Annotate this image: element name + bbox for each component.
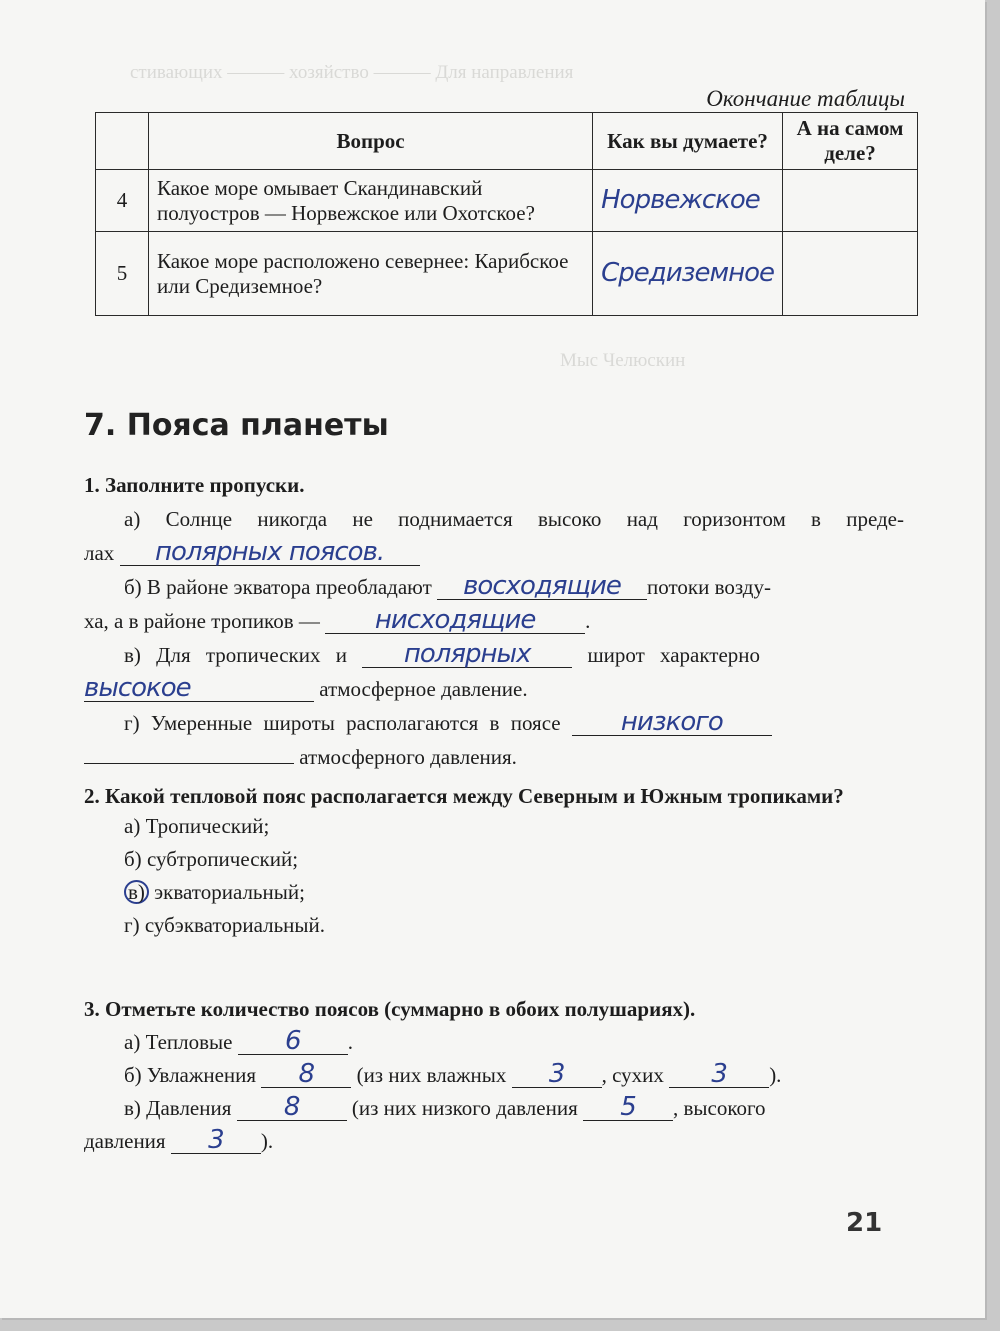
text: а) Солнце никогда не поднимается высоко … (124, 507, 904, 531)
task-1b-line1: б) В районе экватора преобладают восходя… (84, 570, 904, 604)
header-num (96, 113, 149, 170)
handwritten-answer: 5 (620, 1092, 636, 1122)
table-row: 4 Какое море омывает Скандинавский полуо… (96, 170, 918, 232)
text: атмосферного давления. (299, 745, 517, 769)
task-2-options: а) Тропический; б) субтропический; в) эк… (84, 810, 904, 942)
text: в) Давления (124, 1096, 231, 1120)
bleed-through-text: стивающих ——— хозяйство ——— Для направле… (130, 62, 573, 84)
text: . (585, 609, 590, 633)
row-number: 4 (96, 170, 149, 232)
handwritten-answer: полярных поясов. (155, 537, 384, 567)
text: . (348, 1030, 353, 1054)
task-3-title: 3. Отметьте количество поясов (суммарно … (84, 993, 904, 1026)
text: (из них низкого давления (352, 1096, 578, 1120)
answer-blank[interactable]: восходящие (437, 574, 647, 600)
answer-blank[interactable]: 3 (512, 1062, 602, 1088)
row-question: Какое море омывает Скандинавский полуост… (149, 170, 593, 232)
task-2-title: 2. Какой тепловой пояс располагается меж… (84, 782, 904, 810)
text: ). (769, 1063, 781, 1087)
handwritten-answer: 8 (284, 1092, 300, 1122)
handwritten-answer: восходящие (463, 571, 621, 601)
text: , сухих (602, 1063, 664, 1087)
task-1d-line1: г) Умеренные широты располагаются в пояс… (84, 706, 904, 740)
text: , высокого (673, 1096, 766, 1120)
task-1d-line2: атмосферного давления. (84, 740, 904, 774)
bleed-through-text: Мыс Челюскин (560, 350, 685, 372)
task-1b-line2: ха, а в районе тропиков — нисходящие. (84, 604, 904, 638)
task-1-title: 1. Заполните пропуски. (84, 468, 904, 502)
row-actual-input[interactable] (783, 232, 918, 316)
handwritten-answer: полярных (404, 639, 531, 669)
handwritten-answer: Норвежское (601, 185, 760, 215)
option-text: субтропический; (147, 847, 298, 871)
handwritten-answer: 3 (711, 1059, 727, 1089)
answer-blank[interactable]: полярных поясов. (120, 540, 420, 566)
section-title: 7. Пояса планеты (84, 408, 389, 443)
table-row: 5 Какое море расположено севернее: Кариб… (96, 232, 918, 316)
workbook-page: стивающих ——— хозяйство ——— Для направле… (0, 0, 985, 1318)
page-number: 21 (846, 1208, 882, 1238)
handwritten-answer: Средиземное (601, 258, 774, 288)
answer-blank[interactable] (84, 763, 294, 764)
option-text: Тропический; (146, 814, 270, 838)
option-label: а) (124, 814, 140, 838)
row-guess-input[interactable]: Средиземное (593, 232, 783, 316)
answer-blank[interactable]: 3 (669, 1062, 769, 1088)
option-text: субэкваториальный. (145, 913, 325, 937)
row-question: Какое море расположено севернее: Карибск… (149, 232, 593, 316)
text: б) В районе экватора преобладают (124, 575, 432, 599)
option-label: г) (124, 913, 140, 937)
answer-blank[interactable]: 6 (238, 1029, 348, 1055)
text: атмосферное давление. (319, 677, 527, 701)
handwritten-answer: 6 (285, 1026, 301, 1056)
table-header-row: Вопрос Как вы думаете? А на самом деле? (96, 113, 918, 170)
answer-blank[interactable]: низкого (572, 710, 772, 736)
answer-blank[interactable]: 8 (237, 1095, 347, 1121)
task-3a: а) Тепловые 6. (84, 1026, 904, 1059)
text: ). (261, 1129, 273, 1153)
text: лах (84, 541, 114, 565)
handwritten-answer: нисходящие (375, 605, 536, 635)
option-d[interactable]: г) субэкваториальный. (124, 909, 904, 942)
task-3c-line2: давления 3). (84, 1125, 904, 1158)
header-actual: А на самом деле? (783, 113, 918, 170)
option-b[interactable]: б) субтропический; (124, 843, 904, 876)
text: г) Умеренные широты располагаются в пояс… (124, 711, 561, 735)
option-c-selected[interactable]: в) экваториальный; (124, 876, 904, 909)
answer-blank[interactable]: нисходящие (325, 608, 585, 634)
task-2: 2. Какой тепловой пояс располагается меж… (84, 782, 904, 942)
task-3: 3. Отметьте количество поясов (суммарно … (84, 993, 904, 1158)
header-question: Вопрос (149, 113, 593, 170)
task-1c-line2: высокое атмосферное давление. (84, 672, 904, 706)
task-3b: б) Увлажнения 8 (из них влажных 3, сухих… (84, 1059, 904, 1092)
answer-blank[interactable]: полярных (362, 642, 572, 668)
task-3c-line1: в) Давления 8 (из них низкого давления 5… (84, 1092, 904, 1125)
text: потоки возду- (647, 575, 771, 599)
answer-blank[interactable]: 5 (583, 1095, 673, 1121)
header-guess: Как вы думаете? (593, 113, 783, 170)
option-a[interactable]: а) Тропический; (124, 810, 904, 843)
row-number: 5 (96, 232, 149, 316)
task-1a-line1: а) Солнце никогда не поднимается высоко … (84, 502, 904, 536)
handwritten-answer: 3 (549, 1059, 565, 1089)
selected-option-circle: в) (124, 880, 149, 904)
text: ха, а в районе тропиков — (84, 609, 320, 633)
text: (из них влажных (357, 1063, 507, 1087)
option-text: экваториальный; (154, 880, 305, 904)
handwritten-answer: 8 (299, 1059, 315, 1089)
text: в) Для тропических и (124, 643, 347, 667)
answer-blank[interactable]: 8 (261, 1062, 351, 1088)
task-1c-line1: в) Для тропических и полярных широт хара… (84, 638, 904, 672)
option-label: б) (124, 847, 142, 871)
handwritten-answer: 3 (208, 1125, 224, 1155)
text: широт характерно (587, 643, 760, 667)
row-guess-input[interactable]: Норвежское (593, 170, 783, 232)
answer-blank[interactable]: 3 (171, 1128, 261, 1154)
text: давления (84, 1129, 166, 1153)
handwritten-answer: низкого (621, 707, 723, 737)
task-1a-line2: лах полярных поясов. (84, 536, 904, 570)
text: а) Тепловые (124, 1030, 232, 1054)
row-actual-input[interactable] (783, 170, 918, 232)
answer-blank[interactable]: высокое (84, 676, 314, 702)
text: б) Увлажнения (124, 1063, 256, 1087)
task-1: 1. Заполните пропуски. а) Солнце никогда… (84, 468, 904, 774)
table-caption: Окончание таблицы (706, 86, 905, 112)
questions-table: Вопрос Как вы думаете? А на самом деле? … (95, 112, 918, 316)
handwritten-answer: высокое (84, 673, 191, 703)
